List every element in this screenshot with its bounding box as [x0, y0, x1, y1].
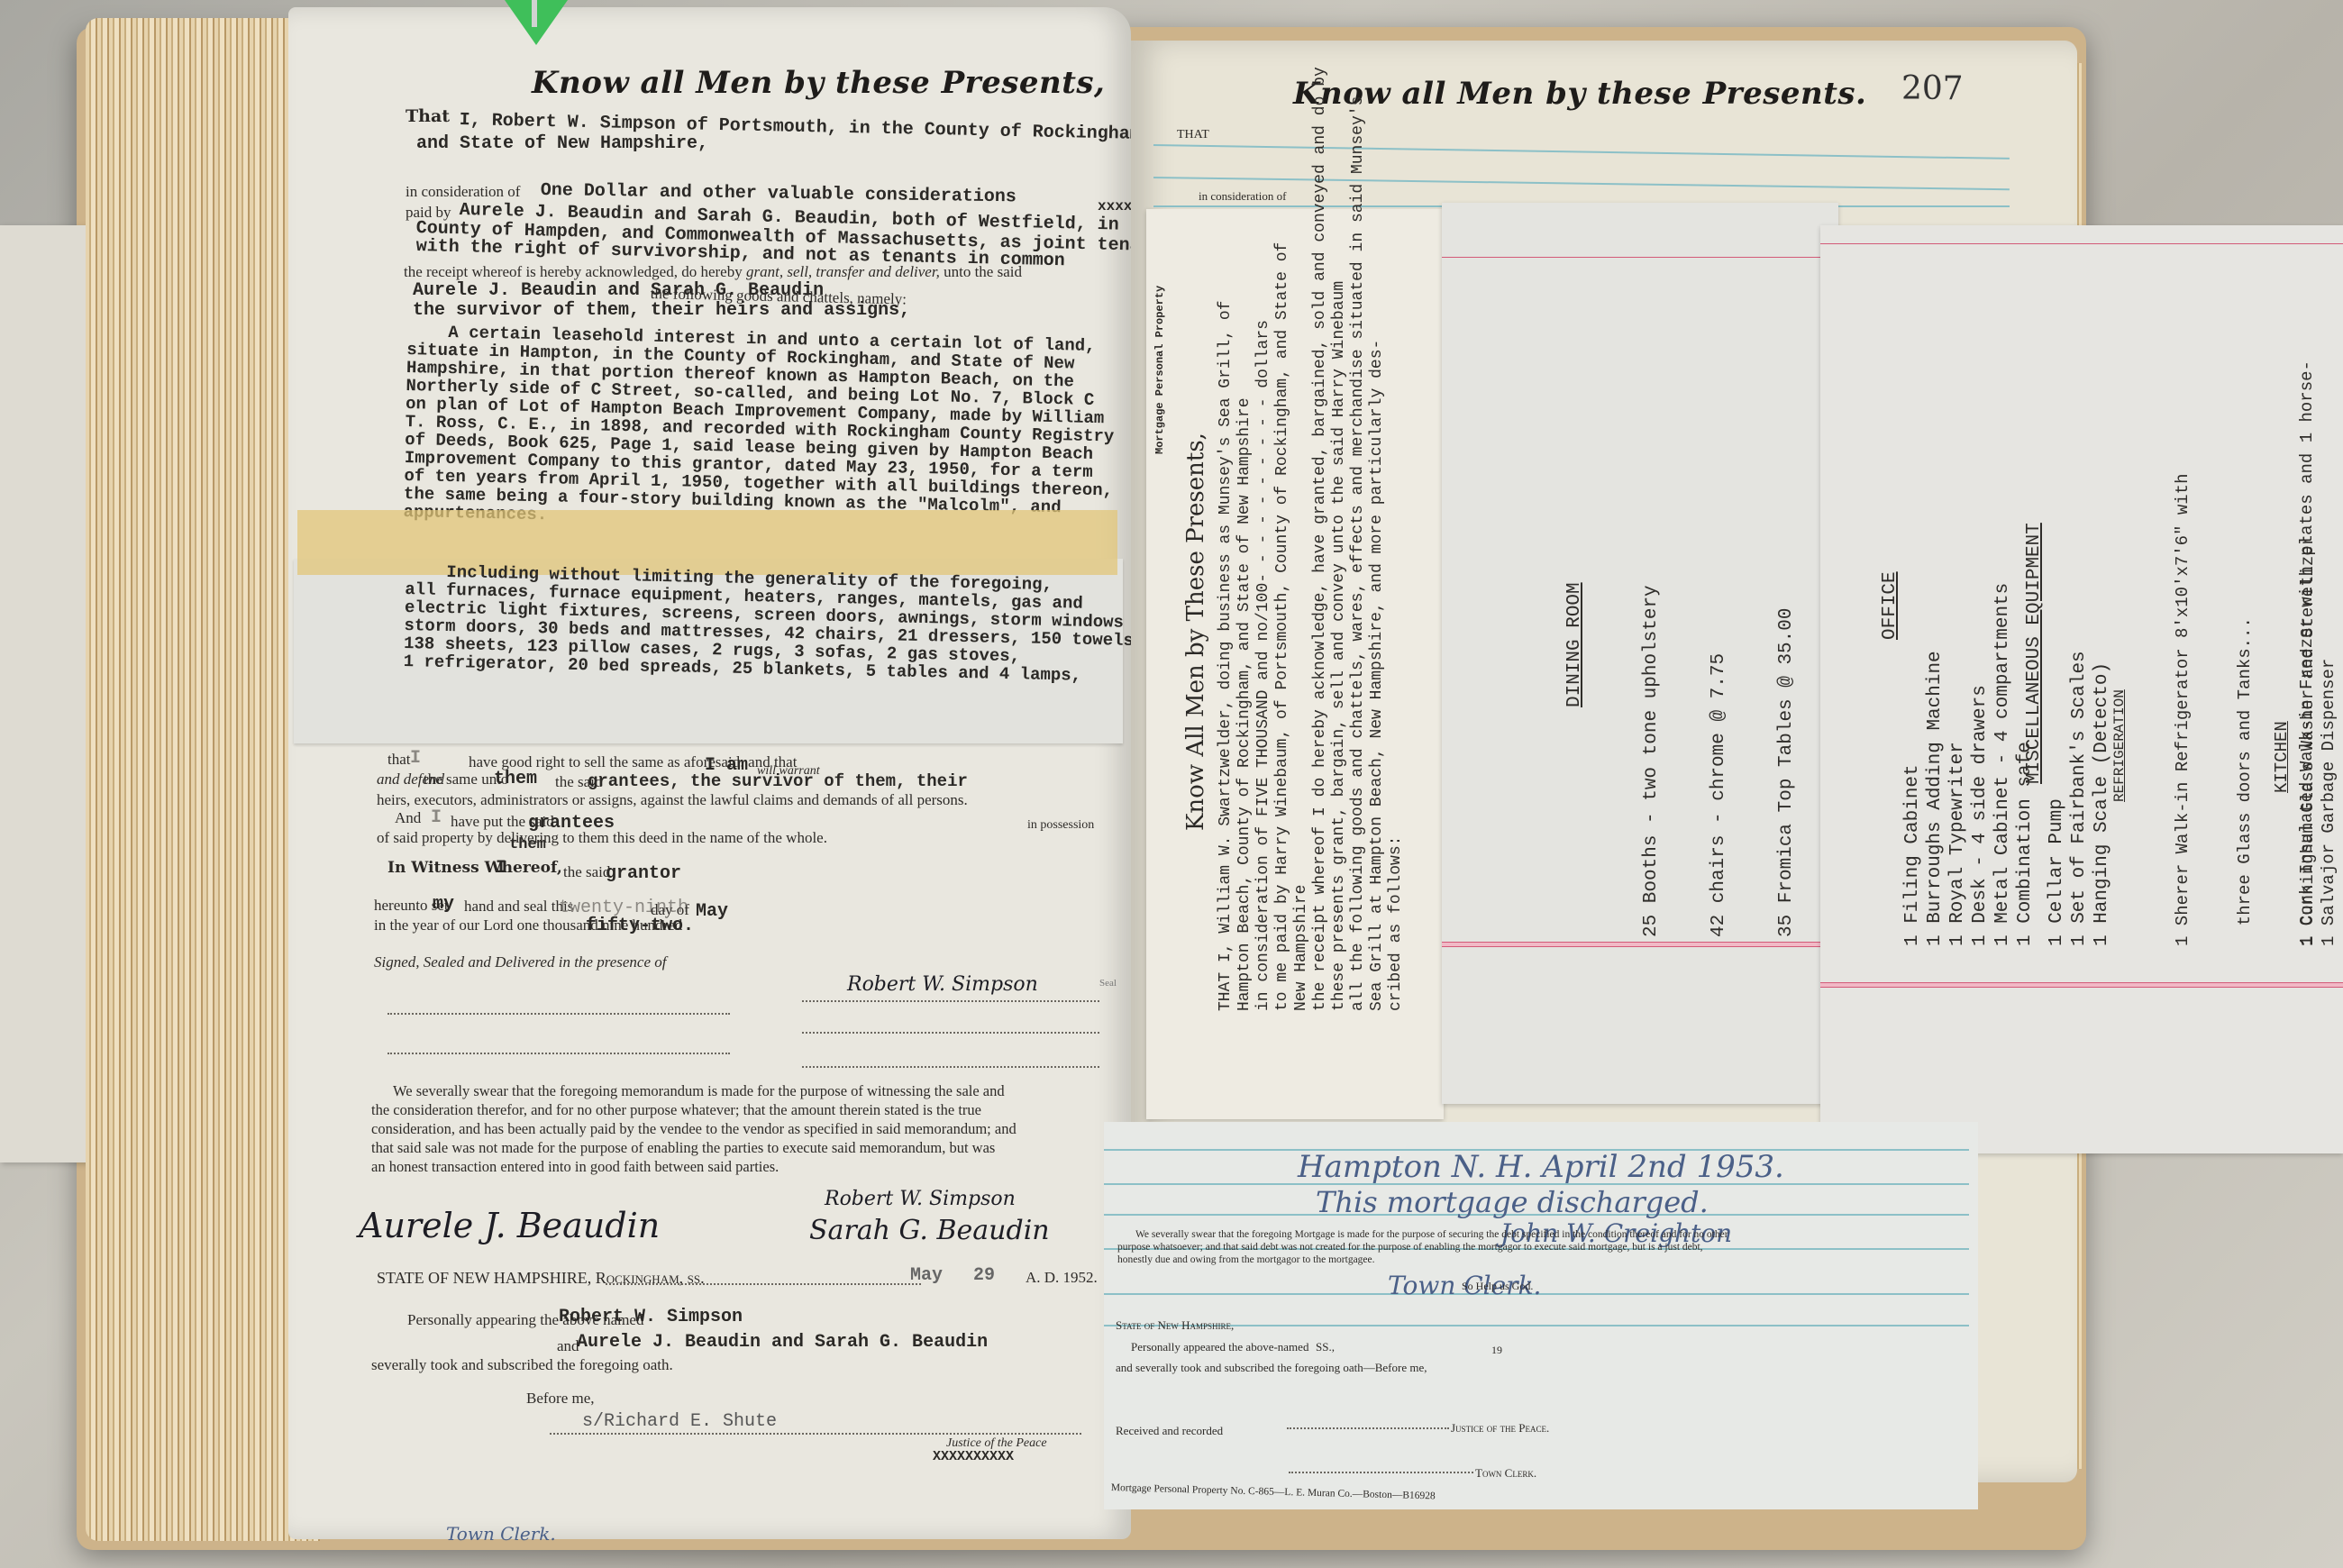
misc-list: 1 Cellar Pump 1 Set of Fairbank's Scales… — [2046, 651, 2113, 946]
oath-date-month: May — [910, 1265, 943, 1286]
survivor-line: the survivor of them, their heirs and as… — [413, 300, 910, 321]
grantor-signature-line[interactable] — [802, 1000, 1099, 1002]
oath-and-label: and — [557, 1337, 579, 1355]
that-label: That — [406, 106, 450, 126]
delivering-line: of said property by delivering to them t… — [377, 829, 827, 847]
dining-item: 25 Booths - two tone upholstery — [1640, 460, 1663, 937]
mortgage-line: all the following goods and chattels, wa… — [1349, 67, 1368, 1011]
mortgage-line: these presents grant, bargain, sell and … — [1330, 67, 1349, 1011]
margin-red-line — [1820, 982, 2343, 988]
mortgage-line: the receipt whereof I do hereby acknowle… — [1311, 67, 1330, 1011]
kitchen-title: KITCHEN — [2271, 721, 2293, 793]
grantor-signature: Robert W. Simpson — [847, 973, 1038, 996]
oath-took-line: severally took and subscribed the forego… — [371, 1356, 673, 1374]
lease-paragraph: A certain leasehold interest in and unto… — [403, 323, 1116, 535]
kitchen-item: 1 Salvajor Garbage Dispenser — [2319, 535, 2339, 946]
signature-line-3[interactable] — [802, 1066, 1099, 1068]
aurele-signature: Aurele J. Beaudin — [359, 1206, 660, 1245]
before-me-label: Before me, — [526, 1390, 595, 1408]
mortgage-oath-line: purpose whatsoever; and that said debt w… — [1117, 1241, 1728, 1253]
mortgage-oath-line: We severally swear that the foregoing Mo… — [1117, 1228, 1728, 1241]
grantees-survivor-value: grantees, the survivor of them, their — [588, 771, 968, 791]
severally-text: and severally took and subscribed the fo… — [1116, 1361, 1427, 1375]
left-page-heading: Know all Men by these Presents, — [532, 65, 1105, 101]
memorandum-line: an honest transaction entered into in go… — [371, 1157, 1017, 1176]
mortgage-line: New Hampshire — [1292, 67, 1311, 1011]
oath-date-day: 29 — [973, 1265, 995, 1286]
kitchen-item: 1 Cunningham Glass Washer and Sterelizer — [2298, 535, 2319, 946]
witness-the-said: the said — [563, 863, 610, 881]
top-red-line — [1820, 243, 2343, 244]
refrigeration-title: REFRIGERATION — [2109, 689, 2131, 802]
year-value: fifty-two. — [586, 916, 694, 936]
memorandum-paragraph: We severally swear that the foregoing me… — [371, 1081, 1017, 1176]
memorandum-line: consideration, and has been actually pai… — [371, 1119, 1017, 1138]
month-value: May — [696, 901, 728, 922]
grantor-line-2: and State of New Hampshire, — [416, 133, 708, 154]
memorandum-line: the consideration therefor, and for no o… — [371, 1100, 1017, 1119]
witness-who: I — [496, 858, 506, 879]
top-red-line — [1442, 257, 1838, 258]
right-ss: SS., — [1316, 1340, 1335, 1354]
town-clerk-note: Town Clerk. — [446, 1523, 556, 1545]
mortgage-form-title: Mortgage Personal Property — [1153, 286, 1166, 454]
mortgage-oath: We severally swear that the foregoing Mo… — [1117, 1228, 1728, 1266]
right-year-prefix: 19 — [1491, 1344, 1502, 1357]
discharge-line-1: Hampton N. H. April 2nd 1953. — [1298, 1149, 1784, 1185]
my-value: my — [433, 894, 454, 915]
witness-label: In Witness Whereof, — [387, 859, 562, 877]
mortgage-slip: Mortgage Personal Property Know All Men … — [1146, 209, 1444, 1119]
signature-line-2[interactable] — [802, 1032, 1099, 1034]
misc-item: 1 Cellar Pump — [2046, 651, 2068, 946]
signed-sealed-label: Signed, Sealed and Delivered in the pres… — [374, 953, 666, 971]
receipt-suffix: unto the said — [944, 263, 1022, 280]
office-item: 1 Filing Cabinet — [1901, 583, 1924, 946]
oath-ad: A. D. 1952. — [1026, 1269, 1098, 1287]
hand-seal-text: hand and seal this — [464, 898, 573, 916]
office-item: 1 Desk - 4 side drawers — [1969, 583, 1992, 946]
witness-role: grantor — [606, 863, 681, 884]
heirs-line: heirs, executors, administrators or assi… — [377, 791, 968, 809]
warranty-that-value: I — [410, 748, 421, 769]
page-number: 207 — [1901, 70, 1964, 107]
oath-date-line — [606, 1283, 921, 1285]
receipt-prefix: the receipt whereof is hereby acknowledg… — [404, 263, 743, 280]
seal-label: Seal — [1099, 978, 1117, 989]
dining-item: 35 Fromica Top Tables @ 35.00 — [1775, 460, 1798, 937]
and-label: And — [395, 809, 421, 827]
mortgage-line: to me paid by Harry Winebaum, of Portsmo… — [1273, 67, 1292, 1011]
receipt-verbs: grant, sell, transfer and deliver, — [746, 263, 940, 280]
mortgage-line: Sea Grill at Hampton Beach, New Hampshir… — [1368, 67, 1387, 1011]
delivering-over-text: them — [509, 836, 546, 853]
margin-red-line — [1442, 942, 1838, 947]
misc-title: MISCELLANEOUS EQUIPMENT — [2023, 523, 2046, 784]
clip-wire — [532, 0, 537, 27]
dining-item: 42 chairs - chrome @ 7.75 — [1708, 460, 1730, 937]
justice-line-right[interactable] — [1287, 1427, 1449, 1429]
page-edge-stack — [86, 18, 320, 1541]
right-town-clerk-title: Town Clerk. — [1475, 1466, 1536, 1481]
sarah-signature: Sarah G. Beaudin — [809, 1215, 1050, 1246]
received-recorded-text: Received and recorded — [1116, 1424, 1223, 1438]
refrigeration-item: 1 Sherer Walk-in Refrigerator 8'x10'x7'6… — [2173, 360, 2193, 946]
receipt-line: the receipt whereof is hereby acknowledg… — [404, 263, 1022, 281]
town-clerk-line-right[interactable] — [1289, 1472, 1473, 1473]
warranty-that-label: that — [387, 751, 411, 769]
refrigeration-item: three Glass doors and Tanks... — [2235, 360, 2256, 946]
office-item: 1 Metal Cabinet - 4 compartments — [1992, 583, 2014, 946]
office-item: 1 Royal Typewriter — [1946, 583, 1969, 946]
appearing-name: Robert W. Simpson — [559, 1307, 743, 1327]
memorandum-line: that said sale was not made for the purp… — [371, 1138, 1017, 1157]
mortgage-line: THAT I, William W. Swartzwelder, doing b… — [1217, 67, 1235, 1011]
justice-signature-line — [550, 1433, 1081, 1435]
right-that-label: THAT — [1177, 128, 1209, 142]
justice-struck: XXXXXXXXXX — [933, 1449, 1014, 1464]
and-value: I — [431, 807, 442, 828]
right-state-line: State of New Hampshire, — [1116, 1318, 1234, 1333]
robert-signature: Robert W. Simpson — [825, 1188, 1016, 1210]
discharge-line-2: This mortgage discharged. — [1316, 1185, 1709, 1219]
so-help-text: So Help us God. — [1462, 1280, 1533, 1293]
dining-room-title: DINING ROOM — [1564, 582, 1586, 707]
oath-and-names: Aurele J. Beaudin and Sarah G. Beaudin — [577, 1332, 988, 1353]
witness-line-1[interactable] — [387, 1013, 730, 1015]
kitchen-list: 1 Cunningham Glass Washer and Sterelizer… — [2298, 535, 2339, 946]
mortgage-body: THAT I, William W. Swartzwelder, doing b… — [1217, 67, 1406, 1011]
justice-name: s/Richard E. Shute — [582, 1411, 777, 1432]
inventory-slip-dining: DINING ROOM 25 Booths - two tone upholst… — [1442, 203, 1838, 1104]
in-possession-text: in possession — [1027, 818, 1094, 833]
mortgage-oath-line: honestly due and owing from the mortgago… — [1117, 1253, 1728, 1266]
office-list: 1 Filing Cabinet 1 Burroughs Adding Mach… — [1901, 583, 2037, 946]
mortgage-line: Hampton Beach, County of Rockingham, and… — [1235, 67, 1254, 1011]
inventory-slip-office: OFFICE 1 Filing Cabinet 1 Burroughs Addi… — [1820, 225, 2343, 1153]
mortgage-line: cribed as follows: — [1387, 67, 1406, 1011]
right-justice-title: Justice of the Peace. — [1451, 1421, 1549, 1436]
including-paragraph: Including without limiting the generalit… — [403, 562, 1135, 686]
office-item: 1 Burroughs Adding Machine — [1924, 583, 1946, 946]
memorandum-line: We severally swear that the foregoing me… — [371, 1081, 1017, 1100]
them-value: them — [494, 769, 537, 789]
appeared-text: Personally appeared the above-named — [1131, 1340, 1308, 1354]
mortgage-line: in consideration of FIVE THOUSAND and no… — [1254, 67, 1273, 1011]
office-title: OFFICE — [1879, 571, 1901, 640]
consideration-label: in consideration of — [406, 183, 520, 201]
witness-line-2[interactable] — [387, 1053, 730, 1054]
mortgage-heading: Know All Men by These Presents, — [1182, 433, 1209, 831]
misc-item: 1 Set of Fairbank's Scales — [2068, 651, 2091, 946]
